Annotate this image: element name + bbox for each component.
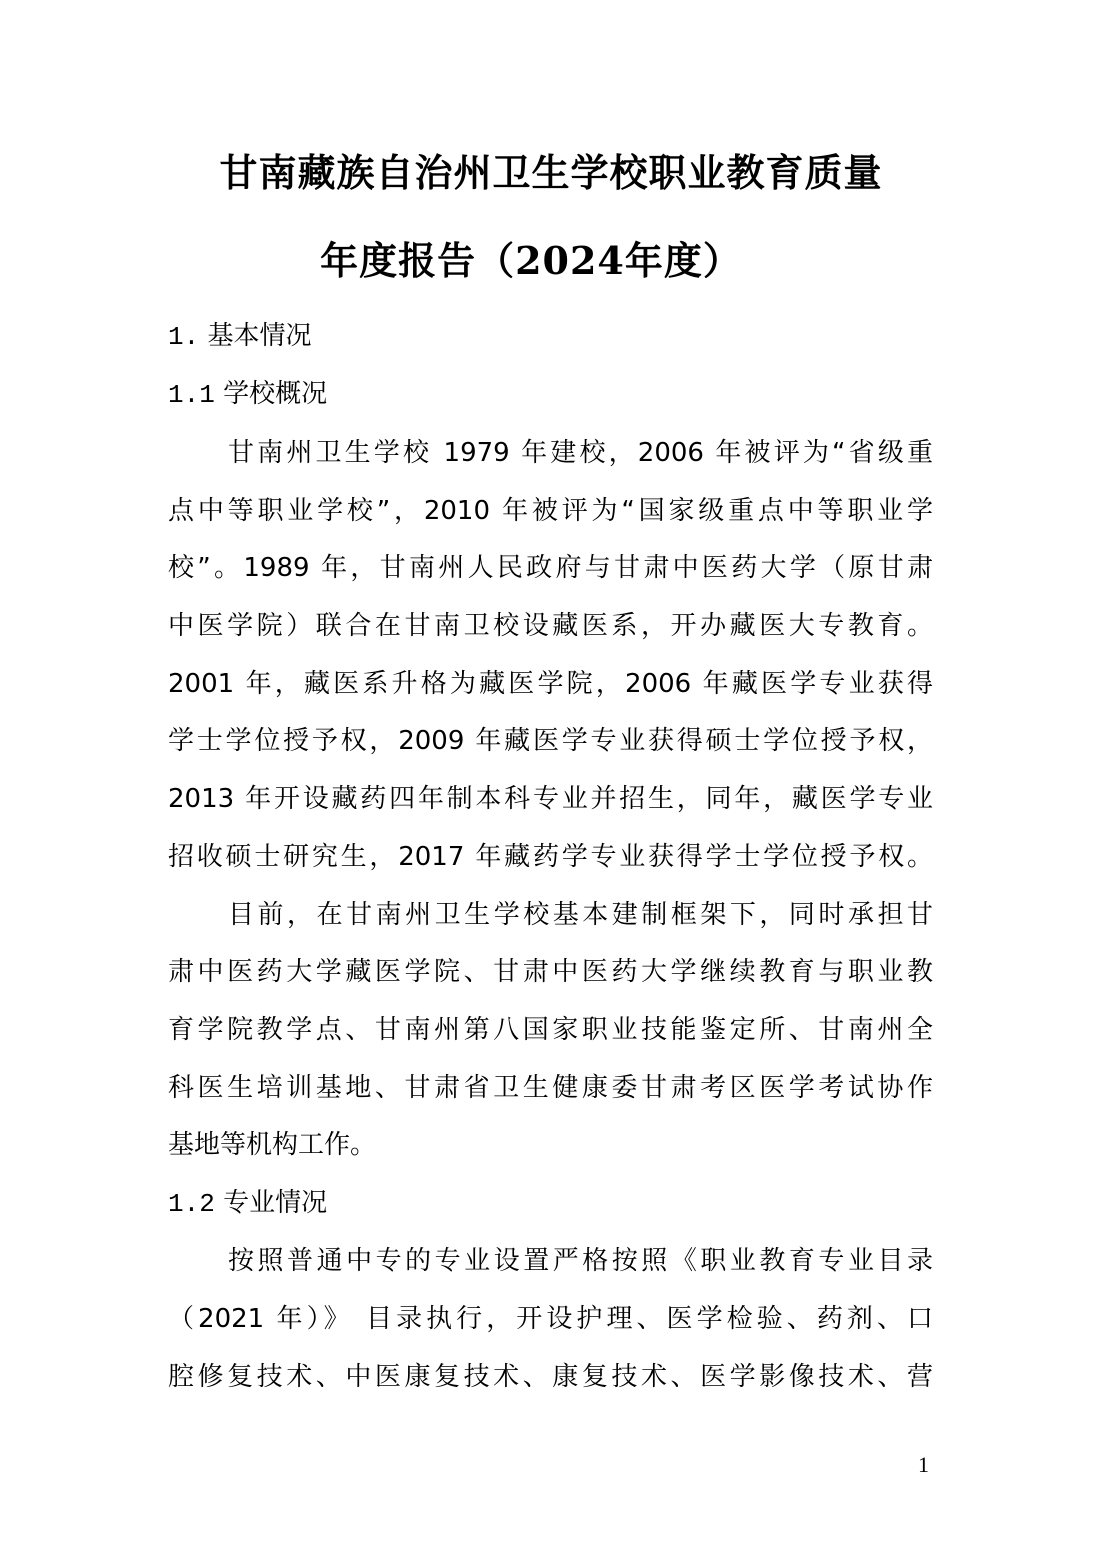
section-number: 1. <box>168 322 199 352</box>
text-line: 按照普通中专的专业设置严格按照《职业教育专业目录 <box>228 1244 933 1278</box>
page-number: 1 <box>918 1452 929 1478</box>
text-line: 科医生培训基地、甘肃省卫生健康委甘肃考区医学考试协作 <box>168 1071 933 1105</box>
section-heading-basic-info: 1. 基本情况 <box>168 319 312 354</box>
document-title-line-1: 甘南藏族自治州卫生学校职业教育质量 <box>0 150 1102 196</box>
text-line: 2001 年，藏医系升格为藏医学院，2006 年藏医学专业获得 <box>168 667 933 701</box>
text-line: 目前，在甘南州卫生学校基本建制框架下，同时承担甘 <box>228 898 933 932</box>
document-page: 甘南藏族自治州卫生学校职业教育质量 年度报告（2024年度） 1. 基本情况 1… <box>0 0 1102 1559</box>
document-title-line-2: 年度报告（2024年度） <box>0 238 1082 284</box>
text-line: 育学院教学点、甘南州第八国家职业技能鉴定所、甘南州全 <box>168 1013 933 1047</box>
section-number: 1.2 <box>168 1189 215 1219</box>
text-line: 甘南州卫生学校 1979 年建校，2006 年被评为“省级重 <box>228 436 933 470</box>
section-heading-text: 专业情况 <box>223 1188 327 1218</box>
section-number: 1.1 <box>168 380 215 410</box>
section-heading-text: 学校概况 <box>223 379 327 409</box>
text-line: 校”。1989 年，甘南州人民政府与甘肃中医药大学（原甘肃 <box>168 551 933 585</box>
section-heading-school-overview: 1.1 学校概况 <box>168 377 327 412</box>
section-heading-text: 基本情况 <box>207 321 311 351</box>
text-line: 学士学位授予权，2009 年藏医学专业获得硕士学位授予权， <box>168 724 933 758</box>
text-line: 点中等职业学校”，2010 年被评为“国家级重点中等职业学 <box>168 494 933 528</box>
text-line: 腔修复技术、中医康复技术、康复技术、医学影像技术、营 <box>168 1360 933 1394</box>
text-line: 基地等机构工作。 <box>168 1128 933 1162</box>
section-heading-majors: 1.2 专业情况 <box>168 1186 327 1221</box>
text-line: （2021 年）》 目录执行，开设护理、医学检验、药剂、口 <box>168 1302 933 1336</box>
text-line: 肃中医药大学藏医学院、甘肃中医药大学继续教育与职业教 <box>168 955 933 989</box>
text-line: 中医学院）联合在甘南卫校设藏医系，开办藏医大专教育。 <box>168 609 933 643</box>
text-line: 2013 年开设藏药四年制本科专业并招生，同年，藏医学专业 <box>168 782 933 816</box>
text-line: 招收硕士研究生，2017 年藏药学专业获得学士学位授予权。 <box>168 840 933 874</box>
